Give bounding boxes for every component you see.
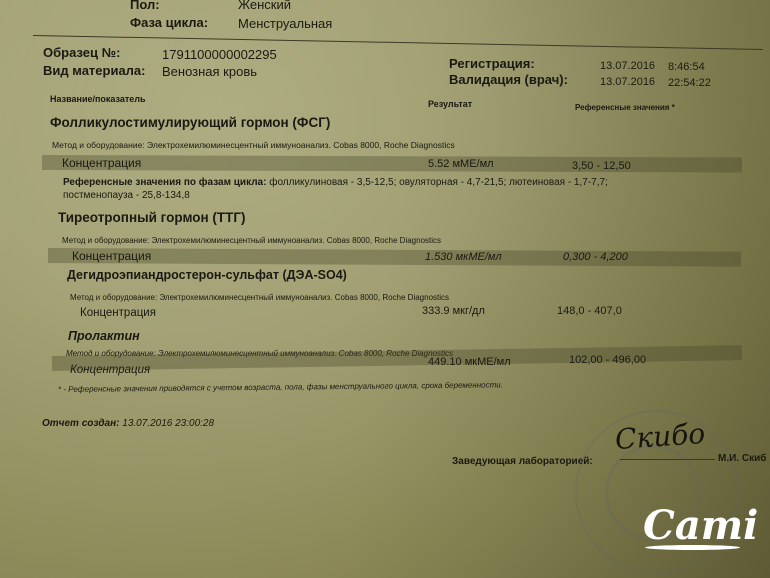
reference-value-prolactin: 102,00 - 496,00 <box>569 354 646 366</box>
lab-head-name: М.И. Скиб <box>718 453 766 464</box>
sample-number-value: 1791100000002295 <box>162 47 277 62</box>
phase-reference-fsh-line2: постменопауза - 25,8-134,8 <box>63 190 190 201</box>
result-value-tsh: 1.530 мкМЕ/мл <box>425 251 502 263</box>
param-label-dheas: Концентрация <box>80 307 156 319</box>
report-created: Отчет создан: 13.07.2016 23:00:28 <box>42 418 214 429</box>
reference-value-tsh: 0,300 - 4,200 <box>563 251 628 263</box>
reference-footnote: * - Референсные значения приводятся с уч… <box>58 380 503 394</box>
sex-label: Пол: <box>130 0 160 12</box>
validation-time: 22:54:22 <box>668 77 711 89</box>
registration-date: 13.07.2016 <box>600 60 655 72</box>
lab-head-label: Заведующая лабораторией: <box>452 456 593 467</box>
signature: Скибо <box>614 417 706 456</box>
validation-date: 13.07.2016 <box>600 76 655 88</box>
result-band-tsh <box>48 248 741 267</box>
test-title-dheas: Дегидроэпиандростерон-сульфат (ДЭА-SO4) <box>67 268 347 282</box>
logo-swoosh-icon <box>645 545 740 550</box>
test-method-dheas: Метод и оборудование: Электрохемилюминес… <box>70 293 449 302</box>
phase-reference-label: Референсные значения по фазам цикла: <box>63 177 266 188</box>
registration-time: 8:46:54 <box>668 61 705 73</box>
signature-line <box>620 459 715 460</box>
column-header-name: Название/показатель <box>50 94 146 104</box>
result-band-fsh <box>42 155 742 172</box>
reference-value-dheas: 148,0 - 407,0 <box>557 305 622 317</box>
material-label: Вид материала: <box>43 63 146 78</box>
app-watermark-logo: Cami <box>643 502 758 549</box>
test-title-fsh: Фолликулостимулирующий гормон (ФСГ) <box>50 115 330 130</box>
phase-reference-text: фолликулиновая - 3,5-12,5; овуляторная -… <box>266 177 607 188</box>
divider-line <box>33 35 763 50</box>
registration-label: Регистрация: <box>449 56 535 71</box>
material-value: Венозная кровь <box>162 64 257 79</box>
column-header-result: Результат <box>428 99 472 109</box>
test-method-tsh: Метод и оборудование: Электрохемилюминес… <box>62 236 441 245</box>
sample-number-label: Образец №: <box>43 45 120 60</box>
reference-value-fsh: 3,50 - 12,50 <box>572 160 631 172</box>
param-label-fsh: Концентрация <box>62 156 141 170</box>
report-created-label: Отчет создан: <box>42 418 120 429</box>
phase-reference-fsh: Референсные значения по фазам цикла: фол… <box>63 177 608 188</box>
param-label-tsh: Концентрация <box>72 249 151 263</box>
result-value-fsh: 5.52 мМЕ/мл <box>428 158 494 170</box>
param-label-prolactin: Концентрация <box>70 364 150 376</box>
sex-value: Женский <box>238 0 291 12</box>
test-method-fsh: Метод и оборудование: Электрохемилюминес… <box>52 140 455 150</box>
column-header-reference: Референсные значения * <box>575 103 675 112</box>
report-created-value: 13.07.2016 23:00:28 <box>122 418 214 429</box>
result-value-prolactin: 449.10 мкМЕ/мл <box>428 356 511 368</box>
cycle-phase-value: Менструальная <box>238 16 332 31</box>
lab-report-page: Пол: Женский Фаза цикла: Менструальная О… <box>0 0 770 578</box>
result-value-dheas: 333.9 мкг/дл <box>422 305 485 317</box>
test-title-prolactin: Пролактин <box>68 329 140 343</box>
cycle-phase-label: Фаза цикла: <box>130 15 208 30</box>
validation-label: Валидация (врач): <box>449 72 568 87</box>
test-title-tsh: Тиреотропный гормон (ТТГ) <box>58 210 246 225</box>
